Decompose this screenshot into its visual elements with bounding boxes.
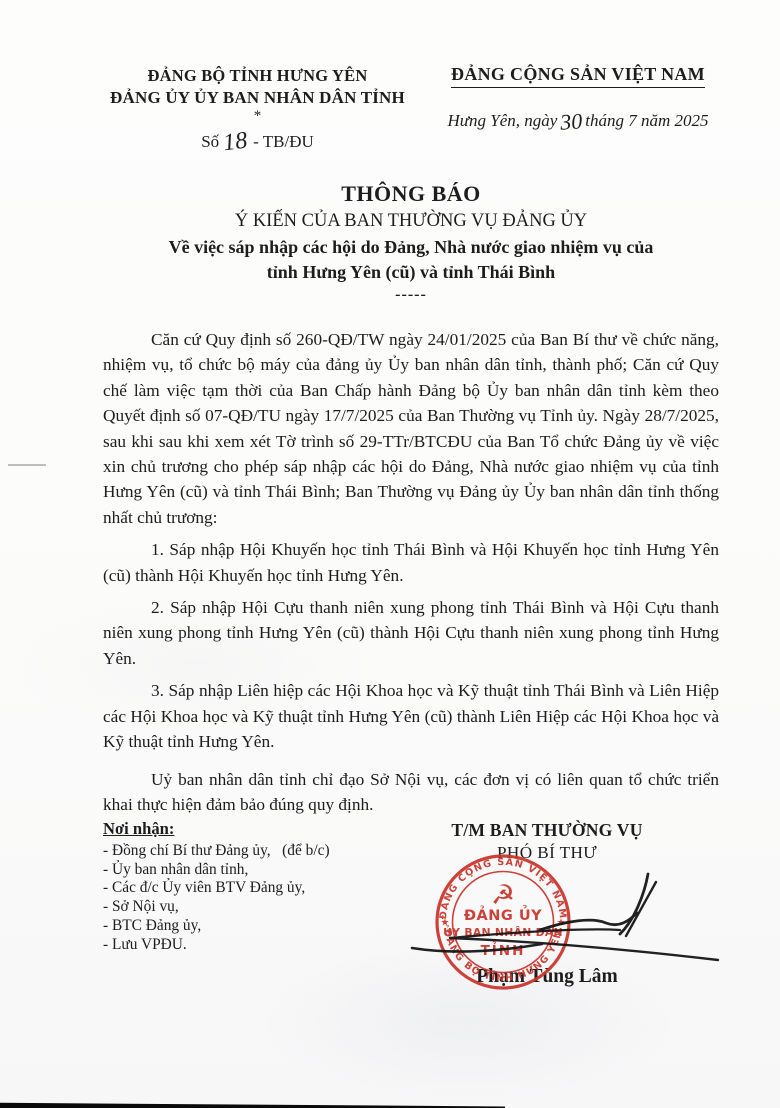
national-motto: ĐẢNG CỘNG SẢN VIỆT NAM (451, 64, 705, 88)
date-prefix: Hưng Yên, ngày (447, 111, 557, 130)
signature-underline-stroke (450, 938, 718, 960)
doc-number-prefix: Số (201, 132, 219, 151)
national-header-block: ĐẢNG CỘNG SẢN VIỆT NAM Hưng Yên, ngày30t… (408, 64, 748, 132)
date-day-handwritten: 30 (560, 108, 584, 135)
paragraph-item-1: 1. Sáp nhập Hội Khuyến học tỉnh Thái Bìn… (103, 537, 719, 588)
recipients-title: Nơi nhận: (103, 820, 393, 839)
paragraph-preamble: Căn cứ Quy định số 260-QĐ/TW ngày 24/01/… (103, 327, 719, 530)
signature-stroke (540, 913, 637, 930)
recipient-line: - Đồng chí Bí thư Đảng ủy, (để b/c) (103, 842, 393, 861)
paragraph-item-3: 3. Sáp nhập Liên hiệp các Hội Khoa học v… (103, 678, 719, 754)
subject-line-2: tỉnh Hưng Yên (cũ) và tỉnh Thái Bình (103, 260, 719, 285)
subject-line-1: Về việc sáp nhập các hội do Đảng, Nhà nư… (103, 235, 719, 260)
document-subtitle: Ý KIẾN CỦA BAN THƯỜNG VỤ ĐẢNG ỦY (103, 211, 719, 232)
org-name: ĐẢNG ỦY ỦY BAN NHÂN DÂN TỈNH (90, 87, 425, 108)
date-line: Hưng Yên, ngày30tháng 7 năm 2025 (408, 106, 748, 132)
recipient-line: - Sở Nội vụ, (103, 898, 393, 917)
recipient-line: - Các đ/c Ủy viên BTV Đảng ủy, (103, 879, 393, 898)
scanned-document-page: ĐẢNG BỘ TỈNH HƯNG YÊN ĐẢNG ỦY ỦY BAN NHÂ… (0, 0, 780, 1108)
org-parent-name: ĐẢNG BỘ TỈNH HƯNG YÊN (90, 66, 425, 87)
recipients-block: Nơi nhận: - Đồng chí Bí thư Đảng ủy, (để… (103, 820, 393, 955)
paragraph-closing: Uỷ ban nhân dân tỉnh chỉ đạo Sở Nội vụ, … (103, 767, 719, 818)
scan-artifact-bottom-edge (0, 1100, 505, 1108)
issuing-org-block: ĐẢNG BỘ TỈNH HƯNG YÊN ĐẢNG ỦY ỦY BAN NHÂ… (90, 66, 425, 155)
star-separator: * (90, 111, 425, 121)
document-type-title: THÔNG BÁO (103, 181, 719, 207)
document-number-line: Số18- TB/ĐU (90, 125, 425, 155)
title-block: THÔNG BÁO Ý KIẾN CỦA BAN THƯỜNG VỤ ĐẢNG … (103, 181, 719, 304)
recipient-line: - Ủy ban nhân dân tỉnh, (103, 861, 393, 880)
recipient-line: - BTC Đảng ủy, (103, 917, 393, 936)
doc-number-handwritten: 18 (222, 126, 249, 159)
title-divider: ----- (103, 286, 719, 304)
signature-stroke (450, 929, 620, 938)
date-suffix: tháng 7 năm 2025 (585, 111, 708, 130)
paragraph-item-2: 2. Sáp nhập Hội Cựu thanh niên xung phon… (103, 595, 719, 671)
signature-stroke (626, 882, 656, 936)
handwritten-signature (390, 858, 730, 970)
doc-number-suffix: - TB/ĐU (253, 132, 314, 151)
signature-stroke (412, 944, 542, 951)
signing-authority: T/M BAN THƯỜNG VỤ (396, 820, 698, 841)
document-body: Căn cứ Quy định số 260-QĐ/TW ngày 24/01/… (103, 327, 719, 817)
scan-artifact-left-smudge (8, 464, 46, 466)
recipient-line: - Lưu VPĐU. (103, 936, 393, 955)
